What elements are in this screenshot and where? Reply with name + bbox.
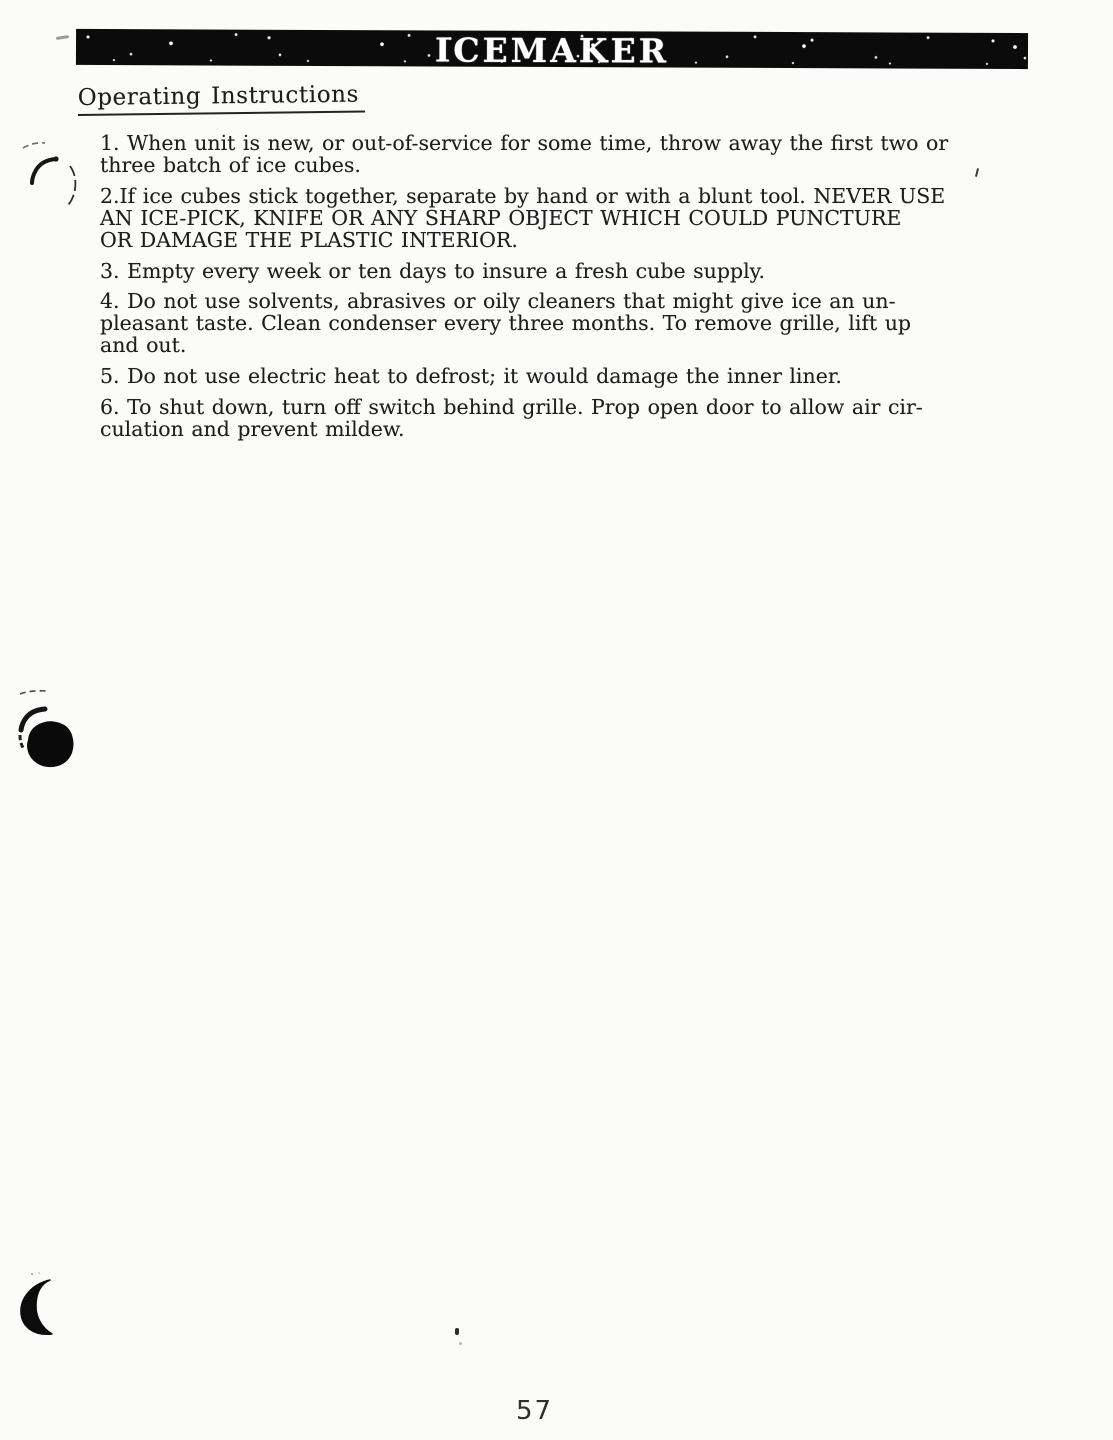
instruction-line: three batch of ice cubes. bbox=[100, 155, 1020, 177]
icemaker-banner: ICEMAKER bbox=[76, 29, 1028, 69]
banner-title: ICEMAKER bbox=[435, 33, 669, 67]
instruction-line: AN ICE-PICK, KNIFE OR ANY SHARP OBJECT W… bbox=[100, 208, 1020, 230]
scan-smudge-dash bbox=[56, 35, 69, 40]
instruction-line: OR DAMAGE THE PLASTIC INTERIOR. bbox=[100, 230, 1020, 252]
instruction-item-2: 2.If ice cubes stick together, separate … bbox=[100, 186, 1020, 252]
instruction-item-3: 3. Empty every week or ten days to insur… bbox=[100, 261, 1020, 283]
instruction-line: 2.If ice cubes stick together, separate … bbox=[100, 186, 1020, 208]
scan-speck bbox=[459, 1342, 462, 1345]
instruction-line: and out. bbox=[100, 335, 1020, 357]
instructions-list: 1. When unit is new, or out-of-service f… bbox=[100, 133, 1020, 450]
section-heading: Operating Instructions bbox=[78, 81, 366, 116]
instruction-line: 1. When unit is new, or out-of-service f… bbox=[100, 133, 1020, 155]
instruction-line: 4. Do not use solvents, abrasives or oil… bbox=[100, 291, 1020, 313]
instruction-line: 3. Empty every week or ten days to insur… bbox=[100, 261, 1020, 283]
instruction-line: culation and prevent mildew. bbox=[100, 419, 1020, 441]
instruction-line: 6. To shut down, turn off switch behind … bbox=[100, 397, 1020, 419]
crescent-smudge bbox=[8, 1270, 72, 1340]
instruction-line: 5. Do not use electric heat to defrost; … bbox=[100, 366, 1020, 388]
instruction-line: pleasant taste. Clean condenser every th… bbox=[100, 313, 1020, 335]
instruction-item-1: 1. When unit is new, or out-of-service f… bbox=[100, 133, 1020, 177]
instruction-item-4: 4. Do not use solvents, abrasives or oil… bbox=[100, 291, 1020, 357]
page-number: 57 bbox=[516, 1396, 553, 1426]
scan-speck bbox=[455, 1328, 459, 1335]
pen-scribble-mark bbox=[10, 136, 100, 226]
ink-blot-smudge bbox=[8, 678, 103, 773]
instruction-item-5: 5. Do not use electric heat to defrost; … bbox=[100, 366, 1020, 388]
scanned-manual-page: ICEMAKER Operating Instructions 1. When … bbox=[0, 0, 1113, 1440]
instruction-item-6: 6. To shut down, turn off switch behind … bbox=[100, 397, 1020, 441]
